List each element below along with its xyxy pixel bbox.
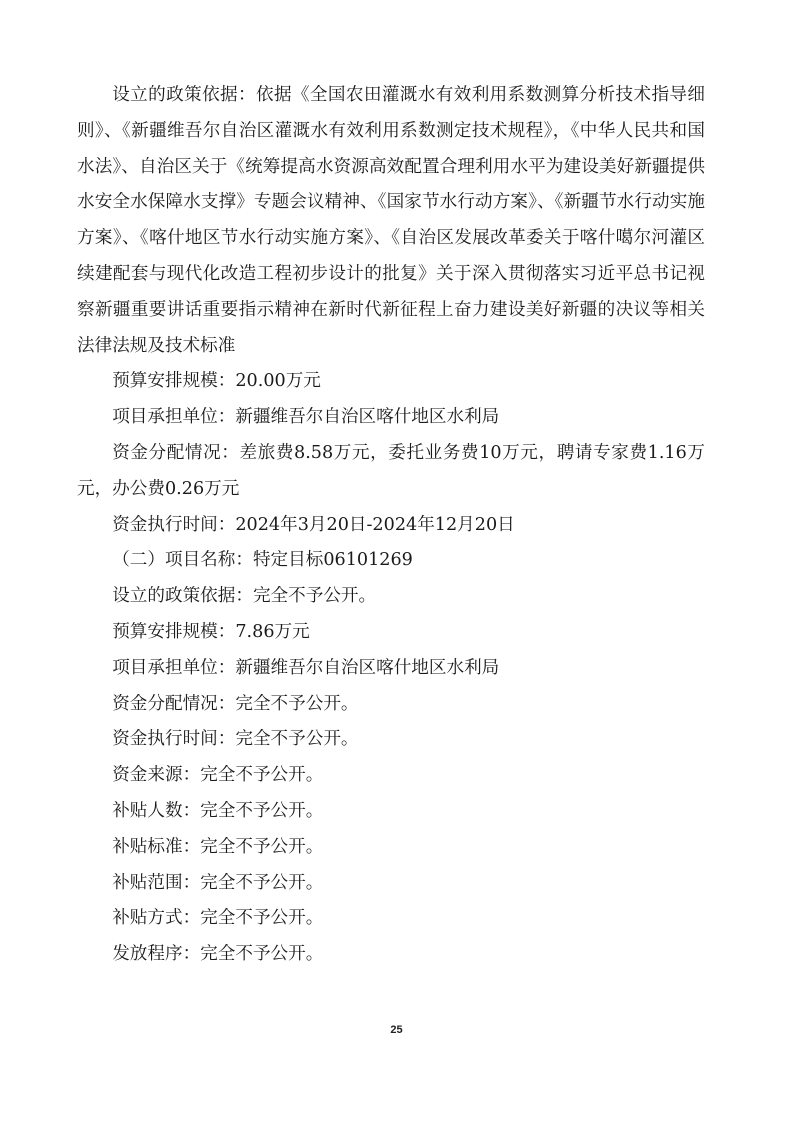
subsidy-standard: 补贴标准：完全不予公开。 <box>77 830 705 866</box>
responsible-unit: 项目承担单位：新疆维吾尔自治区喀什地区水利局 <box>77 400 705 436</box>
fund-execution-time-2: 资金执行时间：完全不予公开。 <box>77 722 705 758</box>
subsidy-scope: 补贴范围：完全不予公开。 <box>77 866 705 902</box>
subsidy-recipients: 补贴人数：完全不予公开。 <box>77 794 705 830</box>
policy-basis-2: 设立的政策依据：完全不予公开。 <box>77 579 705 615</box>
document-body: 设立的政策依据：依据《全国农田灌溉水有效利用系数测算分析技术指导细则》、《新疆维… <box>77 78 705 973</box>
page-number: 25 <box>0 1024 793 1036</box>
budget-scale: 预算安排规模：20.00万元 <box>77 364 705 400</box>
fund-allocation-2: 资金分配情况：完全不予公开。 <box>77 687 705 723</box>
responsible-unit-2: 项目承担单位：新疆维吾尔自治区喀什地区水利局 <box>77 651 705 687</box>
distribution-procedure: 发放程序：完全不予公开。 <box>77 937 705 973</box>
project-heading: （二）项目名称：特定目标06101269 <box>77 543 705 579</box>
fund-source: 资金来源：完全不予公开。 <box>77 758 705 794</box>
subsidy-method: 补贴方式：完全不予公开。 <box>77 901 705 937</box>
policy-basis-paragraph: 设立的政策依据：依据《全国农田灌溉水有效利用系数测算分析技术指导细则》、《新疆维… <box>77 78 705 364</box>
budget-scale-2: 预算安排规模：7.86万元 <box>77 615 705 651</box>
fund-allocation: 资金分配情况：差旅费8.58万元，委托业务费10万元，聘请专家费1.16万元，办… <box>77 436 705 508</box>
fund-execution-time: 资金执行时间：2024年3月20日-2024年12月20日 <box>77 508 705 544</box>
